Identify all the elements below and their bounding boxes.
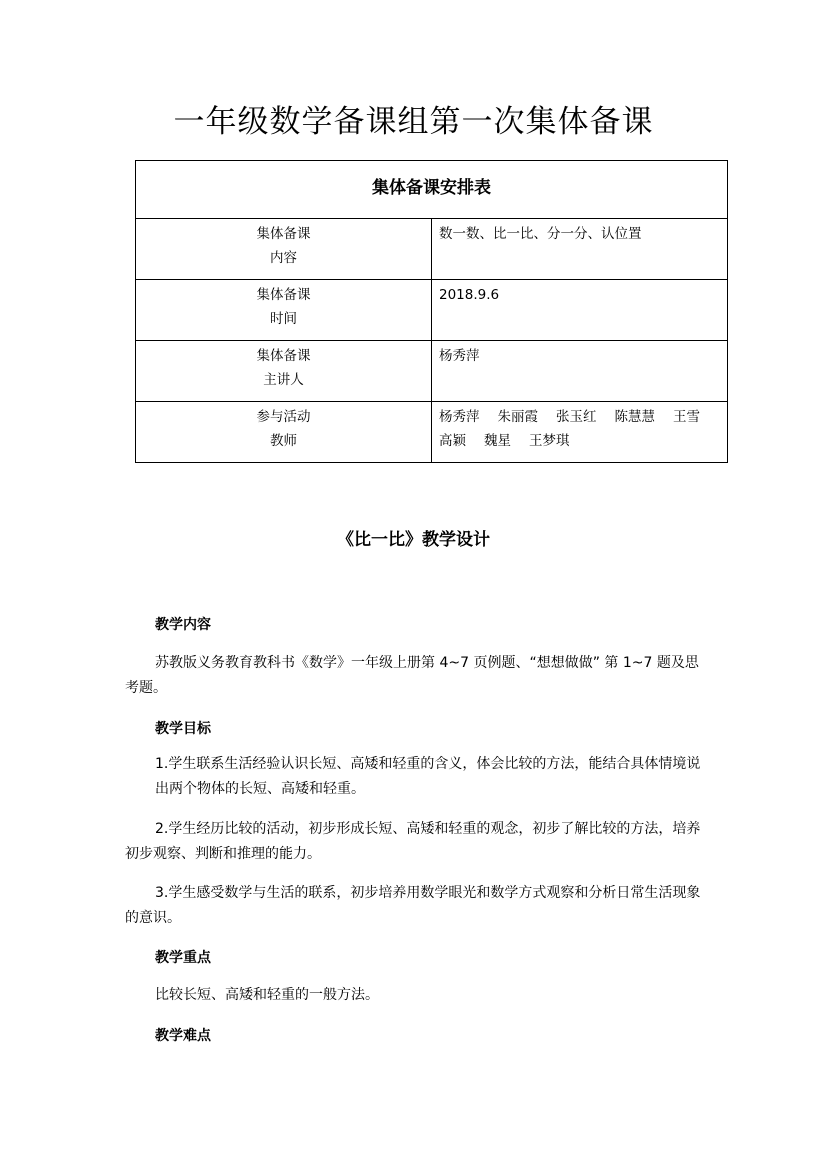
row-label: 参与活动教师 xyxy=(136,402,432,463)
teacher-name: 陈慧慧 xyxy=(615,409,656,425)
section-title: 《比一比》教学设计 xyxy=(0,525,827,550)
goal-item: 2.学生经历比较的活动，初步形成长短、高矮和轻重的观念，初步了解比较的方法，培养… xyxy=(125,817,710,867)
label-line: 内容 xyxy=(136,246,431,270)
difficulty-heading: 教学难点 xyxy=(155,1025,211,1045)
label-line: 时间 xyxy=(136,307,431,331)
table-header: 集体备课安排表 xyxy=(136,161,728,219)
table-row: 集体备课时间 2018.9.6 xyxy=(136,280,728,341)
teacher-name: 魏星 xyxy=(484,433,511,449)
page-title: 一年级数学备课组第一次集体备课 xyxy=(0,100,827,144)
teacher-names: 杨秀萍朱丽霞张玉红陈慧慧王雪高颖魏星王梦琪 xyxy=(432,402,728,463)
table-row: 集体备课主讲人 杨秀萍 xyxy=(136,341,728,402)
row-label: 集体备课主讲人 xyxy=(136,341,432,402)
teacher-name: 王雪 xyxy=(673,409,700,425)
teacher-name: 朱丽霞 xyxy=(498,409,539,425)
row-value: 杨秀萍 xyxy=(432,341,728,402)
label-line: 集体备课 xyxy=(136,344,431,368)
teacher-name: 高颖 xyxy=(439,433,466,449)
content-text: 苏教版义务教育教科书《数学》一年级上册第 4~7 页例题、“想想做做” 第 1~… xyxy=(125,651,710,701)
label-line: 集体备课 xyxy=(136,222,431,246)
row-label: 集体备课时间 xyxy=(136,280,432,341)
goals-heading: 教学目标 xyxy=(155,718,211,738)
schedule-table: 集体备课安排表 集体备课内容 数一数、比一比、分一分、认位置 集体备课时间 20… xyxy=(135,160,728,463)
label-line: 集体备课 xyxy=(136,283,431,307)
goal-item: 3.学生感受数学与生活的联系，初步培养用数学眼光和数学方式观察和分析日常生活现象… xyxy=(125,881,710,931)
table-row: 参与活动教师 杨秀萍朱丽霞张玉红陈慧慧王雪高颖魏星王梦琪 xyxy=(136,402,728,463)
key-text: 比较长短、高矮和轻重的一般方法。 xyxy=(125,983,710,1008)
teacher-name: 王梦琪 xyxy=(529,433,570,449)
row-value: 数一数、比一比、分一分、认位置 xyxy=(432,219,728,280)
goal-item: 1.学生联系生活经验认识长短、高矮和轻重的含义，体会比较的方法，能结合具体情境说… xyxy=(125,752,710,802)
label-line: 教师 xyxy=(136,429,431,453)
key-heading: 教学重点 xyxy=(155,947,211,967)
teacher-name: 杨秀萍 xyxy=(439,409,480,425)
table-row: 集体备课内容 数一数、比一比、分一分、认位置 xyxy=(136,219,728,280)
label-line: 参与活动 xyxy=(136,405,431,429)
label-line: 主讲人 xyxy=(136,368,431,392)
content-heading: 教学内容 xyxy=(155,614,211,634)
row-value: 2018.9.6 xyxy=(432,280,728,341)
row-label: 集体备课内容 xyxy=(136,219,432,280)
teacher-name: 张玉红 xyxy=(556,409,597,425)
